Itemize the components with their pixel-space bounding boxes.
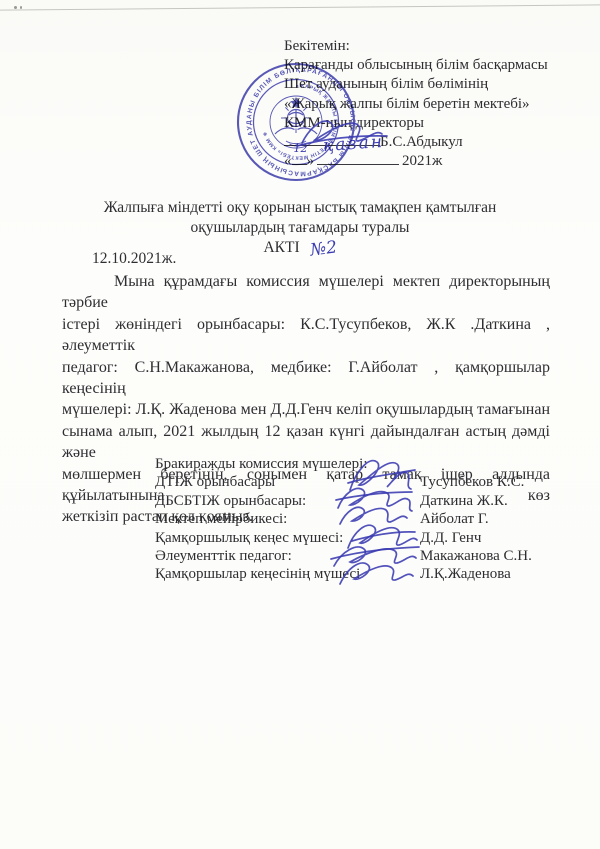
member-role: Қамқоршылық кеңес мүшесі: [155, 529, 420, 547]
commission-block: Бракиражды комиссия мүшелері: ДТІЖ орынб… [155, 455, 532, 584]
member-name: Даткина Ж.К. [420, 492, 508, 510]
body-line: педагог: С.Н.Макажанова, медбике: Г.Айбо… [62, 357, 550, 400]
member-role: Әлеументтік педагог: [155, 547, 420, 565]
commission-row: ДТІЖ орынбасары Тусупбеков К.С. [155, 473, 532, 491]
stamp-emblem [275, 97, 317, 146]
body-line: Мына құрамдағы комиссия мүшелері мектеп … [62, 271, 550, 314]
member-role: ДБСБТІЖ орынбасары: [155, 492, 420, 510]
act-label: АКТІ [263, 239, 299, 256]
approval-label: Бекітемін: [284, 37, 548, 56]
commission-heading-text: Бракиражды комиссия мүшелері: [155, 455, 368, 473]
document-date: 12.10.2021ж. [92, 250, 176, 268]
stamp-inner-ring-text: «ЖАРЫҚ ЖАЛПЫ БІЛІМ БЕРЕТІН МЕКТЕБІ» КММ … [262, 83, 338, 160]
member-name: Л.Қ.Жаденова [420, 565, 511, 583]
member-name: Айболат Г. [420, 510, 489, 528]
document-title: Жалпыға міндетті оқу қорынан ыстық тамақ… [0, 198, 600, 258]
member-name: Макажанова С.Н. [420, 547, 532, 565]
director-name: Б.С.Абдыкул [380, 134, 463, 150]
member-role: ДТІЖ орынбасары [155, 473, 420, 491]
member-name: Тусупбеков К.С. [420, 473, 524, 491]
emblem-banner [286, 141, 306, 146]
body-line: істері жөніндегі орынбасары: К.С.Тусупбе… [62, 314, 550, 357]
title-line2: оқушылардың тағамдары туралы [0, 218, 600, 238]
commission-row: ДБСБТІЖ орынбасары: Даткина Ж.К. [155, 492, 532, 510]
member-role: Мектеп мейірбикесі: [155, 510, 420, 528]
scan-speck [20, 6, 22, 9]
commission-row: Қамқоршылар кеңесінің мүшесі Л.Қ.Жаденов… [155, 565, 532, 583]
title-line1: Жалпыға міндетті оқу қорынан ыстық тамақ… [0, 198, 600, 218]
commission-row: Мектеп мейірбикесі: Айболат Г. [155, 510, 532, 528]
commission-heading: Бракиражды комиссия мүшелері: [155, 455, 532, 473]
official-round-stamp: ҚАРАҒАНДЫ ОБЛЫСЫ БІЛІМ БАСҚАРМАСЫНЫҢ ШЕТ… [231, 57, 361, 187]
document-page: Бекітемін: Қарағанды облысының білім бас… [0, 0, 600, 849]
handwritten-act-number: №2 [309, 238, 338, 261]
commission-row: Қамқоршылық кеңес мүшесі: Д.Д. Генч [155, 529, 532, 547]
act-line: АКТІ№2 [0, 238, 600, 258]
body-line: мүшелері: Л.Қ. Жаденова мен Д.Д.Генч кел… [62, 399, 550, 420]
scan-speck [14, 6, 17, 9]
member-name: Д.Д. Генч [420, 529, 481, 547]
member-role: Қамқоршылар кеңесінің мүшесі [155, 565, 420, 583]
commission-row: Әлеументтік педагог: Макажанова С.Н. [155, 547, 532, 565]
scan-edge-line [0, 4, 600, 10]
approval-year: 2021ж [402, 153, 442, 169]
